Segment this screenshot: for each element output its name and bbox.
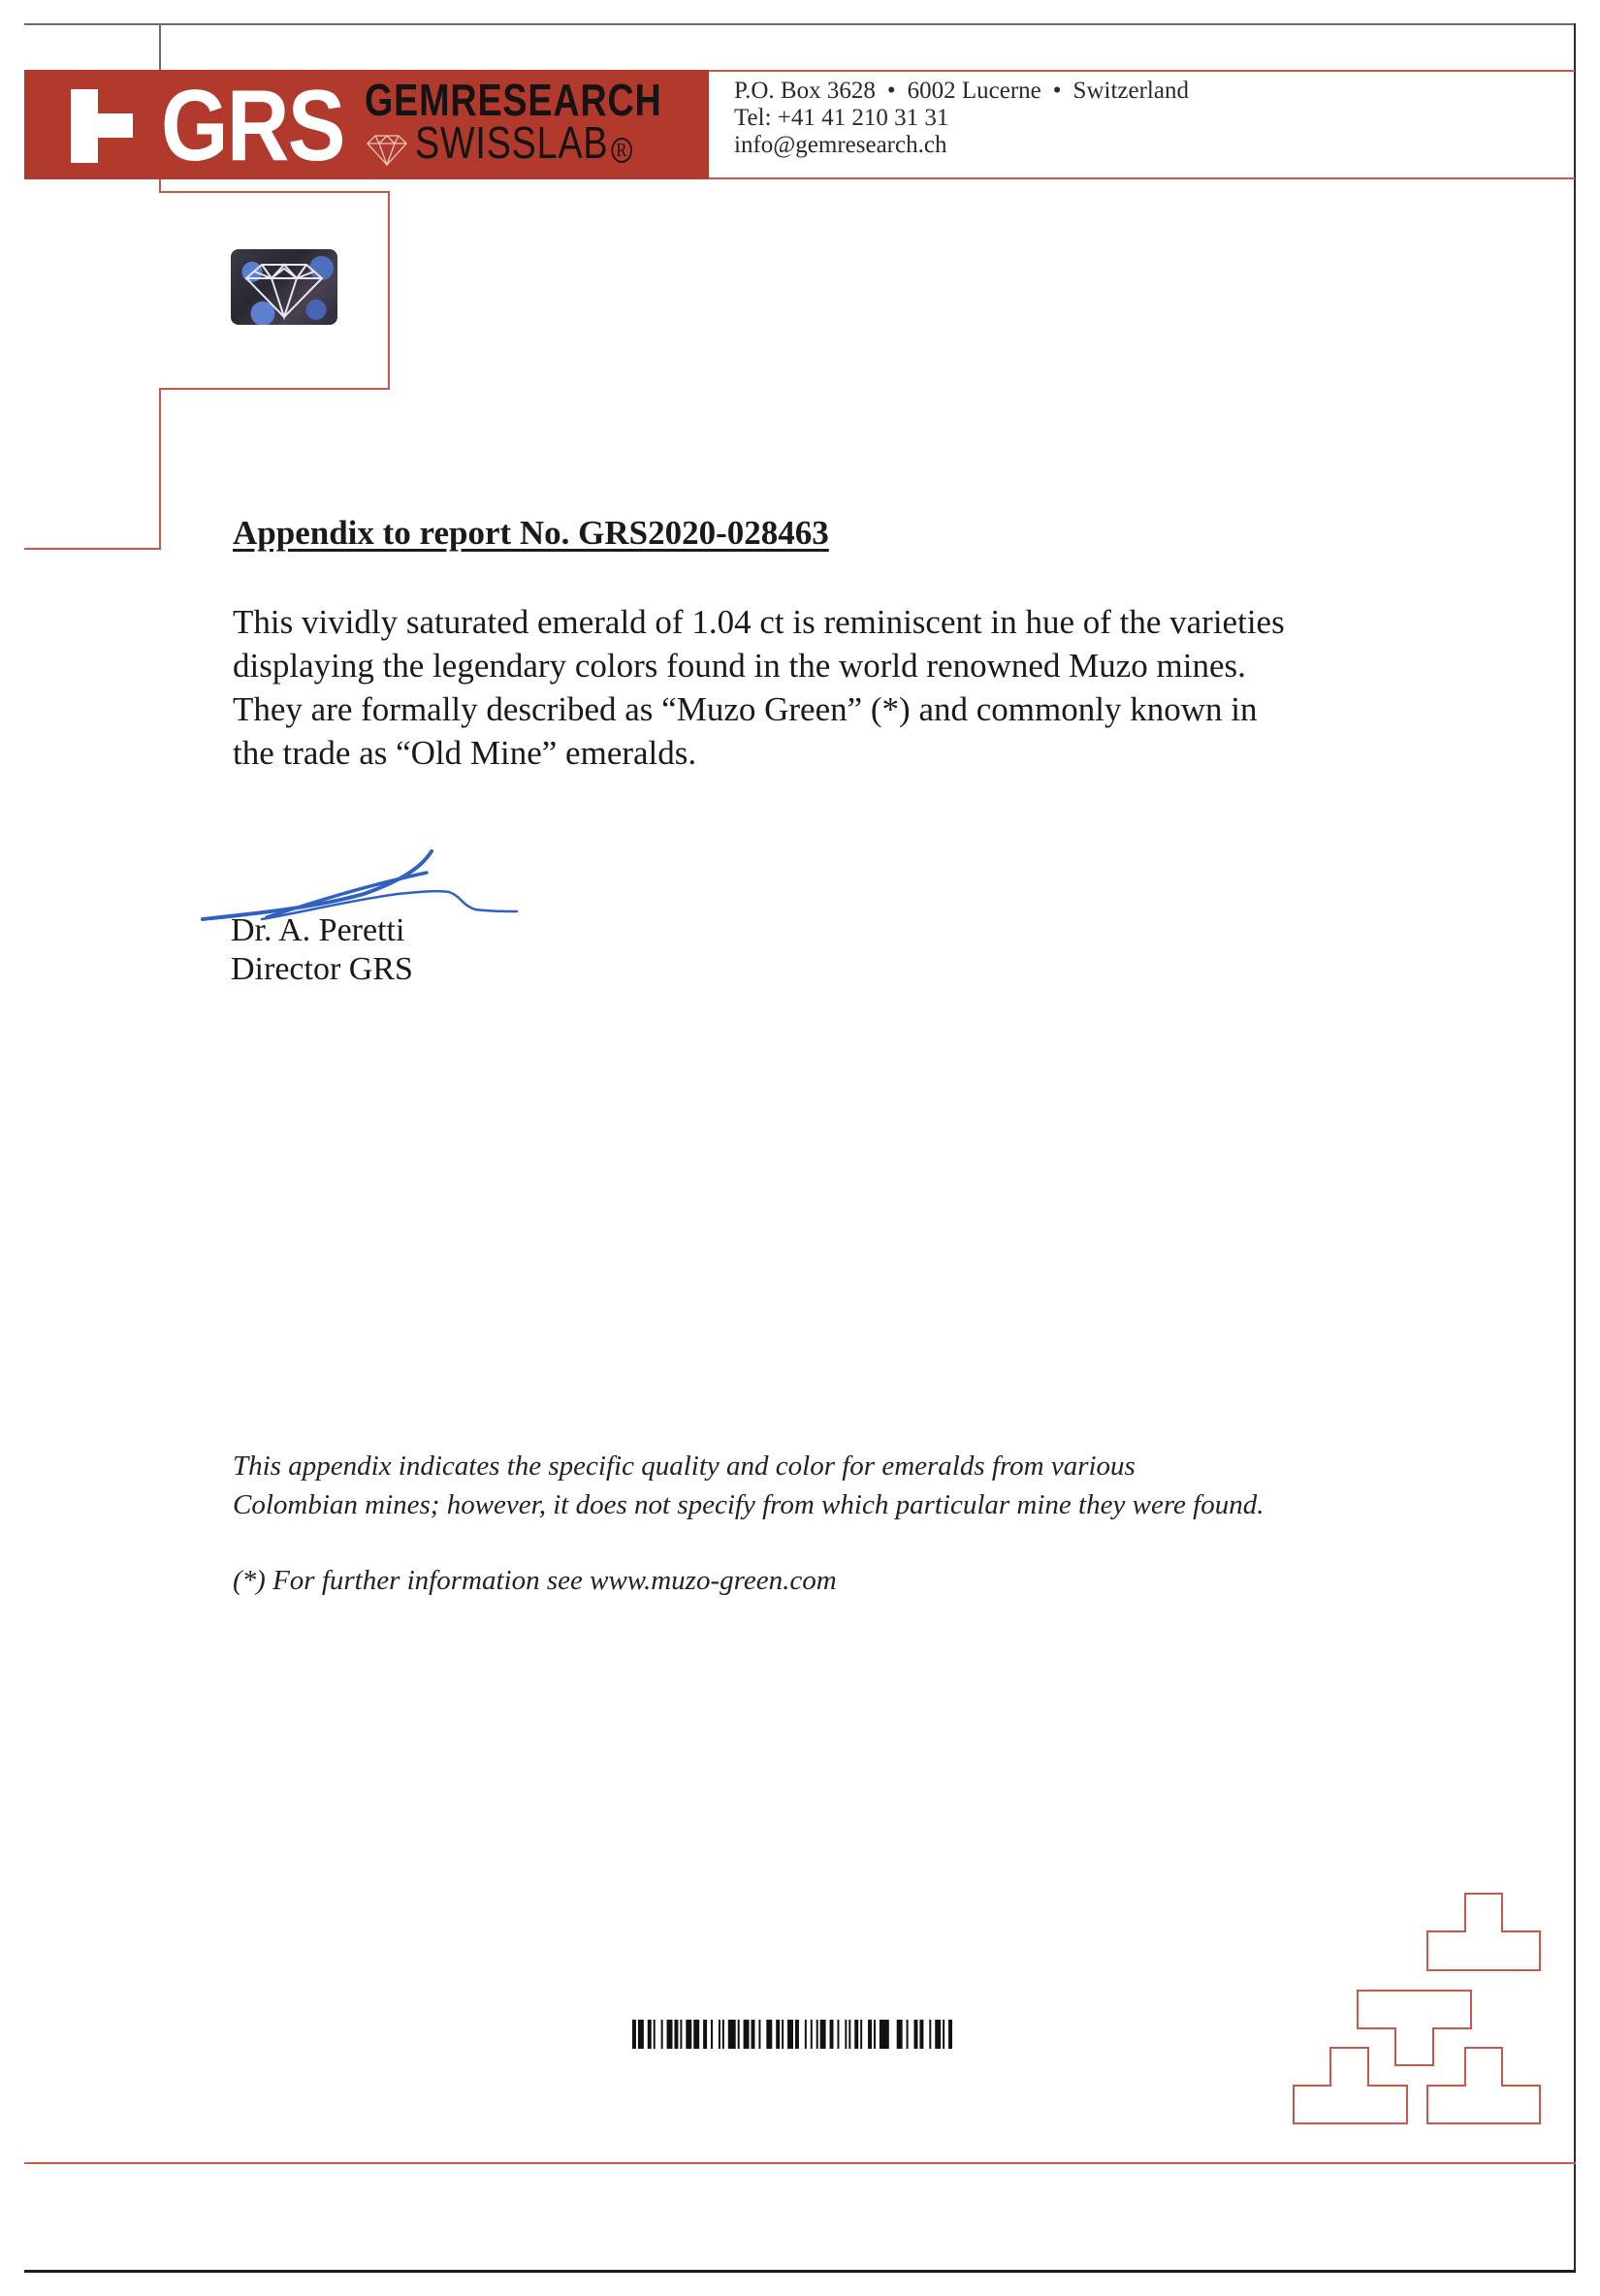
frame-line xyxy=(388,191,390,390)
note-line: This appendix indicates the specific qua… xyxy=(233,1447,1264,1485)
tetromino-shapes-icon xyxy=(1280,1881,1552,2133)
note-line: Colombian mines; however, it does not sp… xyxy=(233,1485,1264,1524)
swiss-flag-icon-arm xyxy=(97,113,133,138)
frame-line xyxy=(159,191,390,193)
city: 6002 Lucerne xyxy=(908,78,1041,104)
country: Switzerland xyxy=(1073,78,1189,104)
frame-line xyxy=(159,388,390,390)
right-border-line xyxy=(1574,23,1576,2273)
body-line: displaying the legendary colors found in… xyxy=(233,644,1455,687)
signature-icon xyxy=(199,844,519,931)
diamond-icon xyxy=(366,134,408,167)
frame-line xyxy=(24,548,161,550)
logo-grs: GRS xyxy=(161,68,344,184)
bullet-separator: • xyxy=(1053,78,1062,104)
frame-line xyxy=(159,388,161,550)
barcode-icon xyxy=(632,2020,954,2049)
footer-red-line xyxy=(24,2162,1576,2164)
bullet-separator: • xyxy=(887,78,896,104)
hologram-diamond-seal-icon xyxy=(231,249,337,325)
telephone: Tel: +41 41 210 31 31 xyxy=(734,105,1189,132)
email-link[interactable]: info@gemresearch.ch xyxy=(734,132,1189,159)
po-box: P.O. Box 3628 xyxy=(734,78,876,104)
registered-mark-icon: R xyxy=(612,138,632,163)
logo-swisslab: SWISSLABR xyxy=(415,118,632,167)
swiss-flag-icon xyxy=(71,89,98,163)
hologram-diamond-icon xyxy=(231,249,337,325)
address-block: P.O. Box 3628•6002 Lucerne•Switzerland T… xyxy=(734,78,1189,159)
top-border-line xyxy=(24,23,1576,25)
page-title: Appendix to report No. GRS2020-028463 xyxy=(233,512,829,555)
body-line: They are formally described as “Muzo Gre… xyxy=(233,687,1455,731)
logo-swisslab-text: SWISSLAB xyxy=(415,117,608,168)
left-vertical-line-top xyxy=(159,24,161,70)
footnote: (*) For further information see www.muzo… xyxy=(233,1561,1264,1600)
bottom-border-line xyxy=(24,2270,1576,2273)
signatory-title: Director GRS xyxy=(231,950,413,989)
appendix-description: This vividly saturated emerald of 1.04 c… xyxy=(233,600,1455,775)
body-line: This vividly saturated emerald of 1.04 c… xyxy=(233,600,1455,644)
disclaimer-note: This appendix indicates the specific qua… xyxy=(233,1447,1264,1600)
body-line: the trade as “Old Mine” emeralds. xyxy=(233,731,1455,775)
